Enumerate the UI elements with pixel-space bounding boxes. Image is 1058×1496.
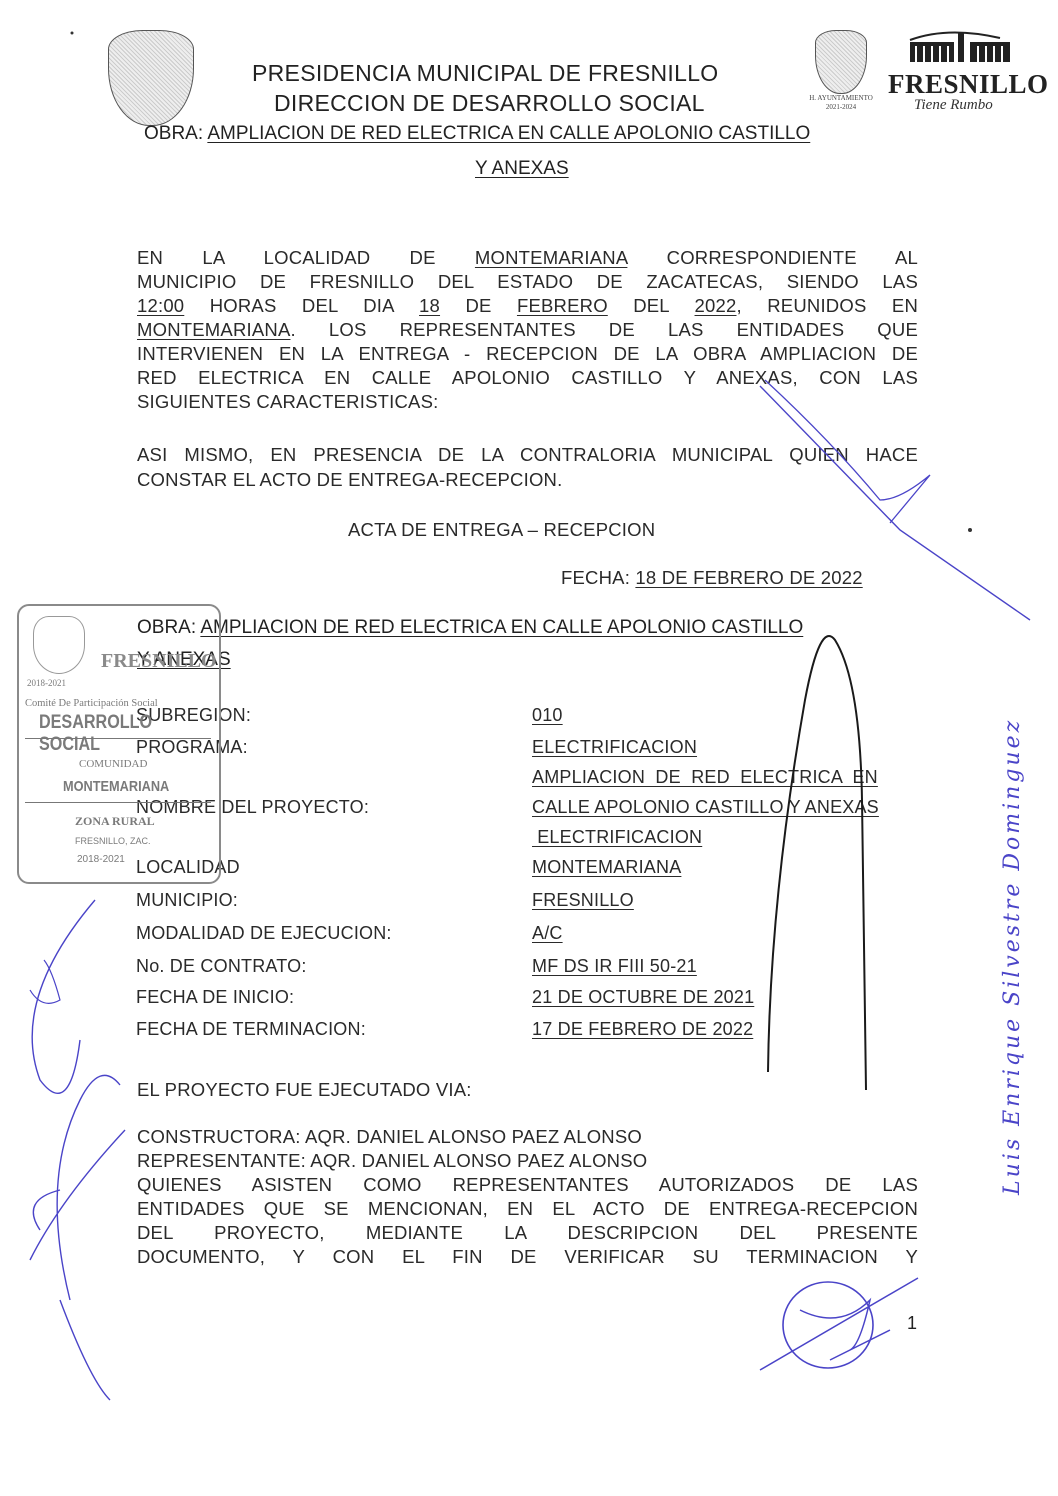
field-label: FECHA DE TERMINACION: xyxy=(136,1019,366,1040)
acta-obra-line1: AMPLIACION DE RED ELECTRICA EN CALLE APO… xyxy=(200,617,803,638)
logo-brand-text: FRESNILLO xyxy=(888,71,1028,97)
obra-title-line2: Y ANEXAS xyxy=(475,158,569,180)
contraloria-line1: ASI MISMO, EN PRESENCIA DE LA CONTRALORI… xyxy=(137,444,918,466)
field-value: CALLE APOLONIO CASTILLO Y ANEXAS xyxy=(532,797,879,818)
header-title-line2: DIRECCION DE DESARROLLO SOCIAL xyxy=(274,90,705,117)
obra-title-line1: AMPLIACION DE RED ELECTRICA EN CALLE APO… xyxy=(207,123,810,144)
underlined-term: 2022 xyxy=(695,295,737,316)
closing-line: QUIENES ASISTEN COMO REPRESENTANTES AUTO… xyxy=(137,1173,918,1197)
field-value: MF DS IR FIII 50-21 xyxy=(532,956,697,977)
field-value: AMPLIACION DE RED ELECTRICA EN xyxy=(532,767,878,788)
intro-line: INTERVIENEN EN LA ENTREGA - RECEPCION DE… xyxy=(137,342,918,366)
obra-heading: OBRA: AMPLIACION DE RED ELECTRICA EN CAL… xyxy=(144,123,810,145)
intro-text: , REUNIDOS EN xyxy=(737,295,919,316)
signature-stroke-left xyxy=(30,900,125,1400)
signature-stroke-bottom xyxy=(783,1282,873,1368)
underlined-term: 12:00 xyxy=(137,295,184,316)
field-label: No. DE CONTRATO: xyxy=(136,956,307,977)
intro-text: INTERVIENEN EN LA ENTREGA - RECEPCION DE… xyxy=(137,343,918,364)
constructora-line: CONSTRUCTORA: AQR. DANIEL ALONSO PAEZ AL… xyxy=(137,1126,642,1148)
field-value: ELECTRIFICACION xyxy=(532,827,702,848)
stamp-committee: Comité De Participación Social xyxy=(25,698,158,709)
intro-line: EN LA LOCALIDAD DE MONTEMARIANA CORRESPO… xyxy=(137,246,918,270)
stamp-period-top: 2018-2021 xyxy=(27,678,66,688)
intro-line: SIGUIENTES CARACTERISTICAS: xyxy=(137,390,918,414)
stamp-city: FRESNILLO, ZAC. xyxy=(75,836,151,846)
page-number: 1 xyxy=(907,1313,917,1334)
acta-obra: OBRA: AMPLIACION DE RED ELECTRICA EN CAL… xyxy=(137,617,803,639)
fecha-line: FECHA: 18 DE FEBRERO DE 2022 xyxy=(561,567,863,589)
stamp-seal-icon xyxy=(33,616,85,674)
closing-line: DOCUMENTO, Y CON EL FIN DE VERIFICAR SU … xyxy=(137,1245,918,1269)
seal-caption-line1: H. AYUNTAMIENTO xyxy=(806,94,876,103)
acta-title: ACTA DE ENTREGA – RECEPCION xyxy=(348,519,655,541)
signature-stroke-black xyxy=(768,636,866,1090)
intro-line: 12:00 HORAS DEL DIA 18 DE FEBRERO DEL 20… xyxy=(137,294,918,318)
header-title-line1: PRESIDENCIA MUNICIPAL DE FRESNILLO xyxy=(252,60,718,87)
execution-via: EL PROYECTO FUE EJECUTADO VIA: xyxy=(137,1079,472,1101)
intro-text: MUNICIPIO DE FRESNILLO DEL ESTADO DE ZAC… xyxy=(137,271,918,292)
field-value: 21 DE OCTUBRE DE 2021 xyxy=(532,987,754,1008)
field-value: 17 DE FEBRERO DE 2022 xyxy=(532,1019,753,1040)
intro-line: RED ELECTRICA EN CALLE APOLONIO CASTILLO… xyxy=(137,366,918,390)
fecha-value: 18 DE FEBRERO DE 2022 xyxy=(635,567,862,588)
closing-line: ENTIDADES QUE SE MENCIONAN, EN EL ACTO D… xyxy=(137,1197,918,1221)
obra-prefix: OBRA: xyxy=(144,123,203,144)
contraloria-line2: CONSTAR EL ACTO DE ENTREGA-RECEPCION. xyxy=(137,469,562,491)
closing-paragraph: QUIENES ASISTEN COMO REPRESENTANTES AUTO… xyxy=(137,1173,918,1269)
intro-line: MONTEMARIANA. LOS REPRESENTANTES DE LAS … xyxy=(137,318,918,342)
underlined-term: 18 xyxy=(419,295,440,316)
field-label: FECHA DE INICIO: xyxy=(136,987,294,1008)
field-value: ELECTRIFICACION xyxy=(532,737,697,758)
intro-text: SIGUIENTES CARACTERISTICAS: xyxy=(137,391,438,412)
intro-text: . LOS REPRESENTANTES DE LAS ENTIDADES QU… xyxy=(291,319,919,340)
monument-skyline-icon xyxy=(888,28,1028,64)
stamp-period: 2018-2021 xyxy=(77,854,125,865)
representante-line: REPRESENTANTE: AQR. DANIEL ALONSO PAEZ A… xyxy=(137,1150,647,1172)
fresnillo-logo: FRESNILLO Tiene Rumbo xyxy=(888,28,1028,108)
intro-text: CORRESPONDIENTE AL xyxy=(627,247,918,268)
stamp-comunidad-label: COMUNIDAD xyxy=(79,758,147,770)
field-label: MUNICIPIO: xyxy=(136,890,238,911)
seal-caption-line2: 2021-2024 xyxy=(806,103,876,112)
field-label: MODALIDAD DE EJECUCION: xyxy=(136,923,392,944)
closing-line: DEL PROYECTO, MEDIANTE LA DESCRIPCION DE… xyxy=(137,1221,918,1245)
intro-text: DEL xyxy=(608,295,695,316)
community-stamp: FRESNILLO 2018-2021 Comité De Participac… xyxy=(17,604,221,884)
stamp-comunidad: MONTEMARIANA xyxy=(63,778,169,795)
fecha-label: FECHA: xyxy=(561,567,630,588)
intro-text: RED ELECTRICA EN CALLE APOLONIO CASTILLO… xyxy=(137,367,918,388)
intro-line: MUNICIPIO DE FRESNILLO DEL ESTADO DE ZAC… xyxy=(137,270,918,294)
intro-text: HORAS DEL DIA xyxy=(184,295,419,316)
intro-paragraph: EN LA LOCALIDAD DE MONTEMARIANA CORRESPO… xyxy=(137,246,918,414)
municipal-coat-of-arms-right xyxy=(815,30,867,94)
underlined-term: FEBRERO xyxy=(517,295,608,316)
stamp-dept: DESARROLLO SOCIAL xyxy=(39,712,192,756)
logo-tagline: Tiene Rumbo xyxy=(914,97,1028,113)
field-value: FRESNILLO xyxy=(532,890,634,911)
field-value: A/C xyxy=(532,923,563,944)
municipal-coat-of-arms-left xyxy=(108,30,194,126)
intro-text: EN LA LOCALIDAD DE xyxy=(137,247,475,268)
field-value: MONTEMARIANA xyxy=(532,857,681,878)
stamp-zona: ZONA RURAL xyxy=(75,814,155,829)
field-value: 010 xyxy=(532,705,563,726)
stamp-brand: FRESNILLO xyxy=(101,650,217,673)
handwritten-margin-name: Luis Enrique Silvestre Dominguez xyxy=(1000,718,1025,1195)
underlined-term: MONTEMARIANA xyxy=(137,319,291,340)
intro-text: DE xyxy=(440,295,517,316)
underlined-term: MONTEMARIANA xyxy=(475,247,627,268)
seal-caption: H. AYUNTAMIENTO 2021-2024 xyxy=(806,94,876,112)
